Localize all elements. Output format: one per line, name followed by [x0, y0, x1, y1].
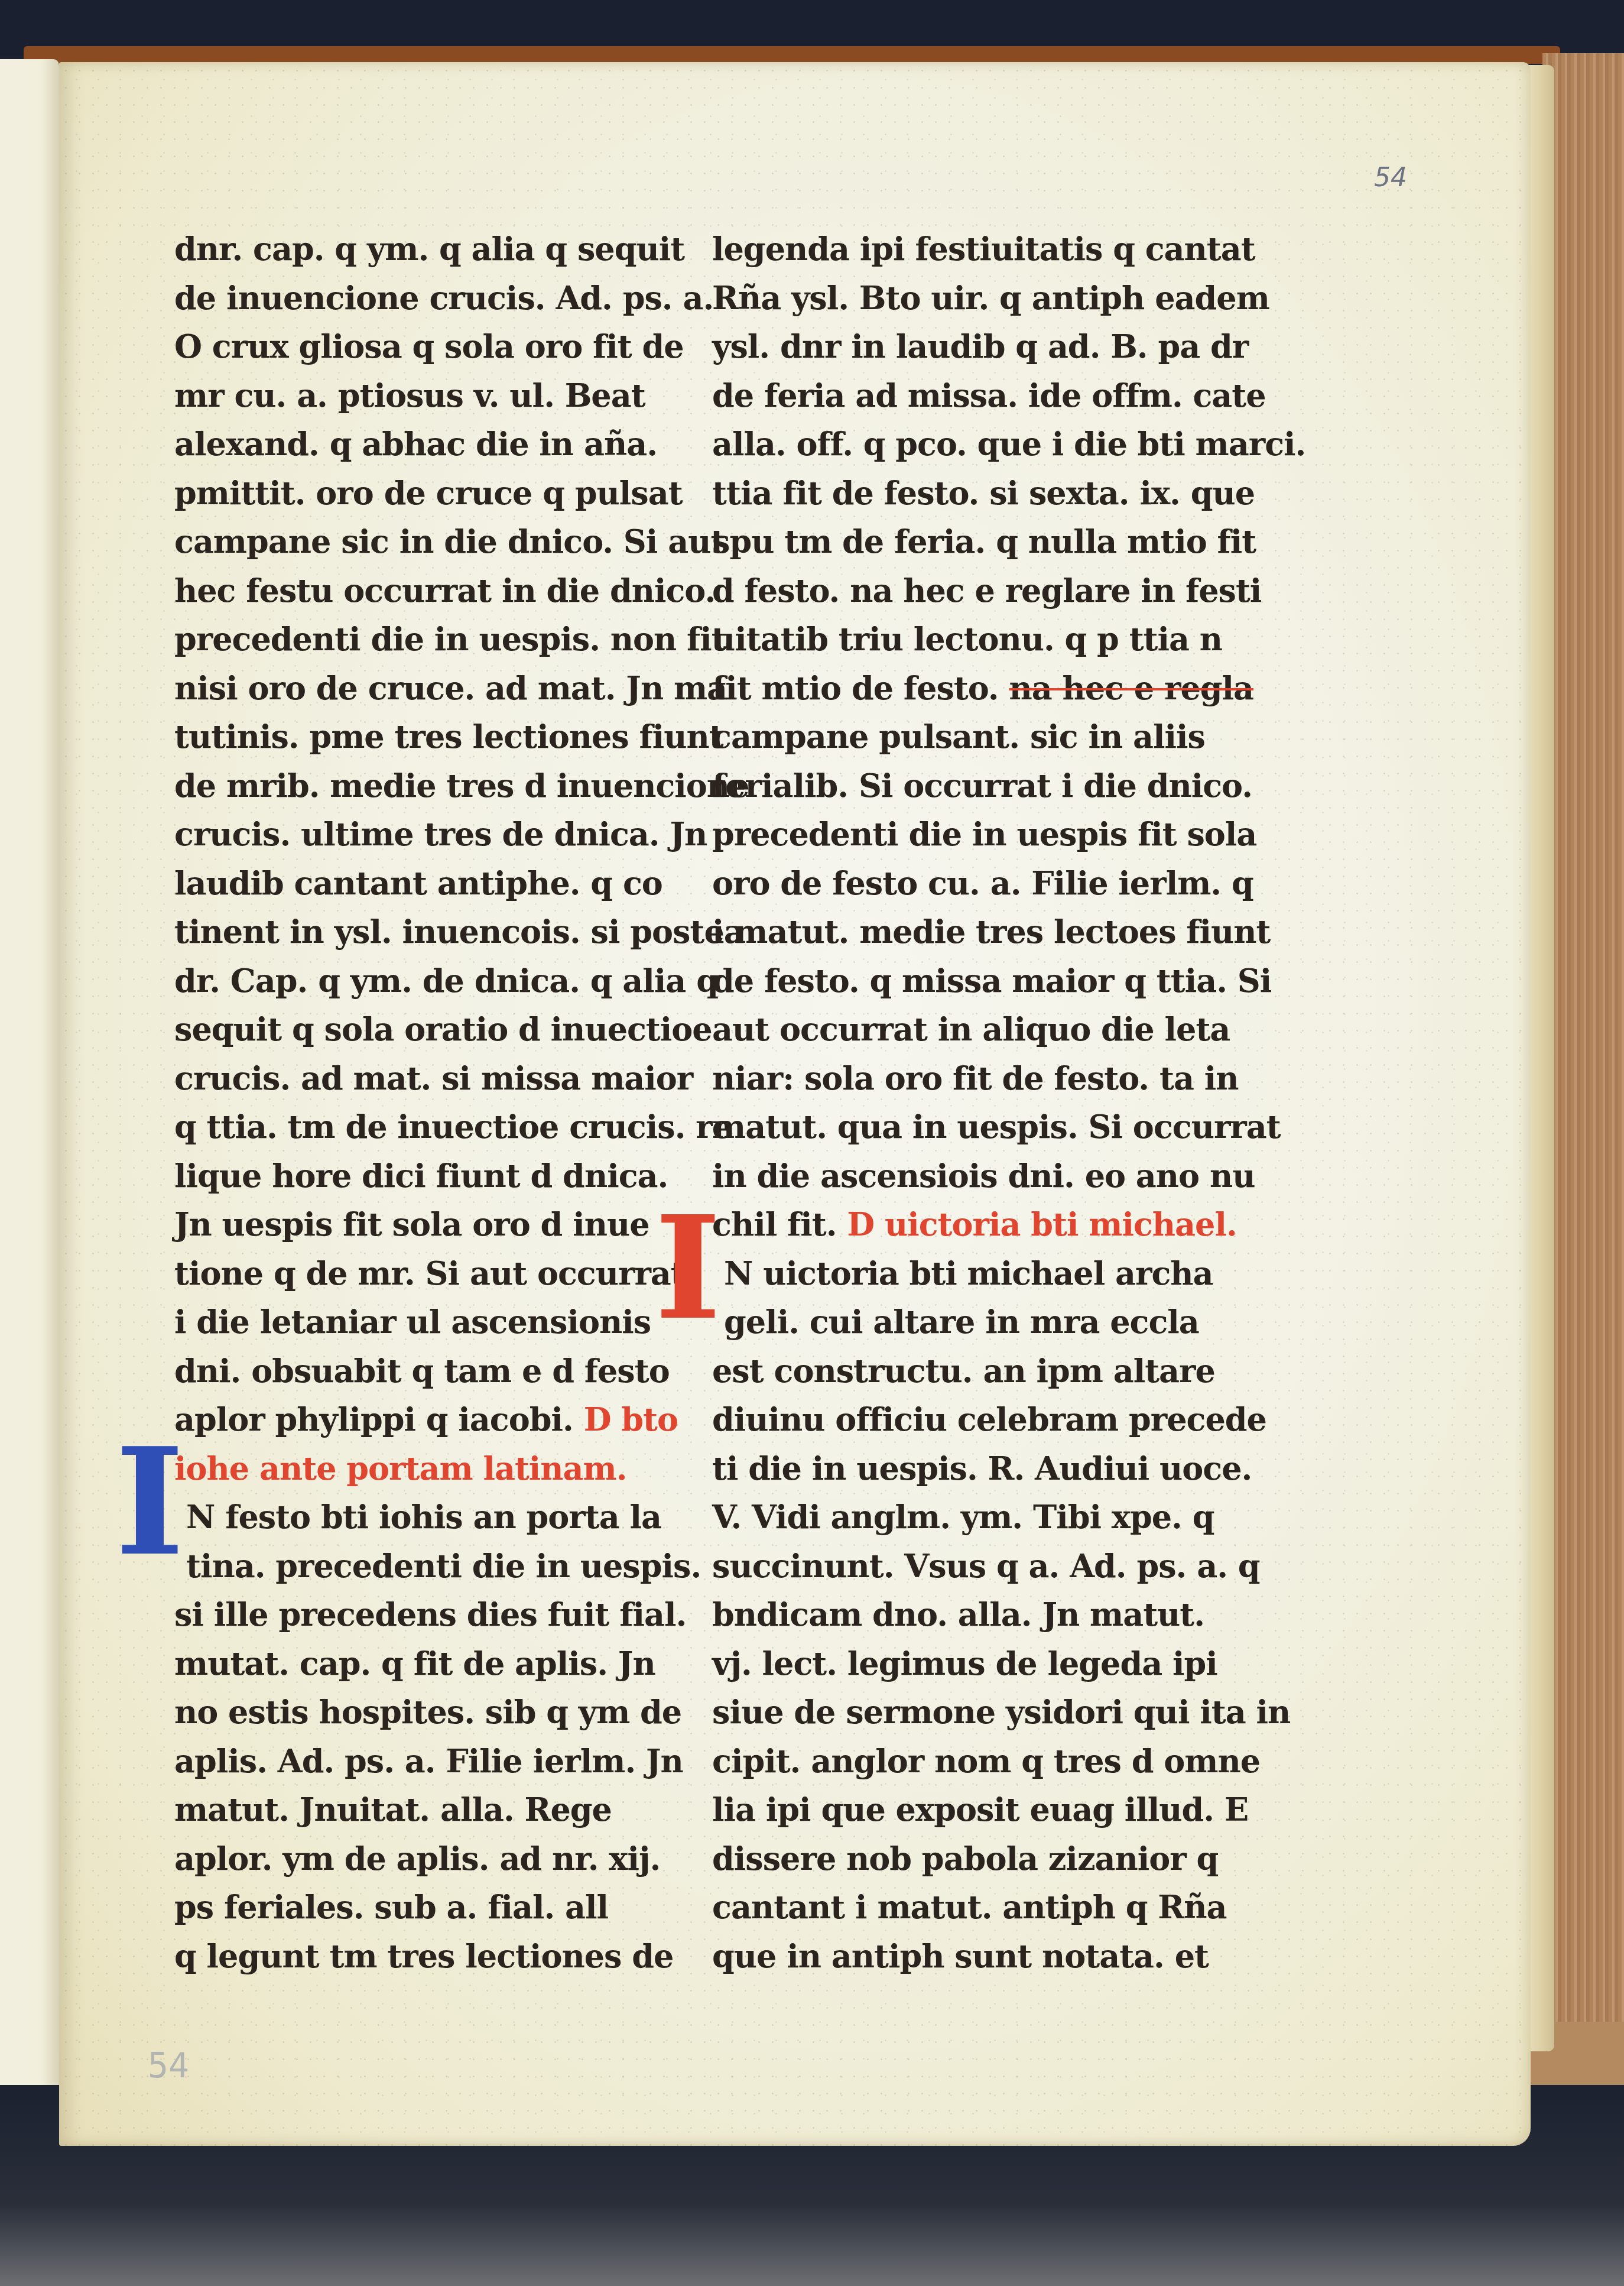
- text-line: mr cu. a. ptiosus v. ul. Beat: [174, 371, 635, 420]
- text-line: bndicam dno. alla. Jn matut.: [712, 1590, 1209, 1639]
- text-line: legenda ipi festiuitatis q cantat: [712, 225, 1209, 274]
- text-line: no estis hospites. sib q ym de: [174, 1688, 635, 1737]
- text-line: sequit q sola oratio d inuectioe: [174, 1005, 635, 1054]
- text-line: tutinis. pme tres lectiones fiunt: [174, 712, 635, 761]
- text-line: alexand. q abhac die in aña.: [174, 420, 635, 469]
- text-line: cantant i matut. antiph q Rña: [712, 1883, 1209, 1932]
- wooden-board: [1542, 53, 1624, 2063]
- text-line: oro de festo cu. a. Filie ierlm. q: [712, 859, 1209, 908]
- text-line-content: aplor phylippi q iacobi.: [174, 1400, 573, 1438]
- folio-number: 54: [1374, 163, 1407, 193]
- text-line: aut occurrat in aliquo die leta: [712, 1005, 1209, 1054]
- text-line: ysl. dnr in laudib q ad. B. pa dr: [712, 322, 1209, 371]
- text-line: campane pulsant. sic in aliis: [712, 712, 1209, 761]
- text-line: precedenti die in uespis fit sola: [712, 810, 1209, 859]
- stamp-number: 54: [148, 2045, 189, 2086]
- text-line: vj. lect. legimus de legeda ipi: [712, 1639, 1209, 1688]
- text-line: cipit. anglor nom q tres d omne: [712, 1737, 1209, 1786]
- text-line: ferialib. Si occurrat i die dnico.: [712, 761, 1209, 810]
- text-line: de inuencione crucis. Ad. ps. a.: [174, 274, 635, 323]
- text-line: dissere nob pabola zizanior q: [712, 1834, 1209, 1883]
- text-line: ti die in uespis. R. Audiui uoce.: [712, 1444, 1209, 1493]
- decorated-initial-red: I: [655, 1197, 721, 1339]
- text-line: dnr. cap. q ym. q alia q sequit: [174, 225, 635, 274]
- rubric-heading: iohe ante portam latinam.: [174, 1444, 635, 1493]
- text-line: precedenti die in uespis. non fit: [174, 615, 635, 664]
- text-line: pmittit. oro de cruce q pulsat: [174, 469, 635, 518]
- binding-cover-edge: [24, 46, 1560, 64]
- text-line: est constructu. an ipm altare: [712, 1347, 1209, 1396]
- text-line: fit mtio de festo. na hec e regla: [712, 664, 1209, 713]
- text-line: matut. Jnuitat. alla. Rege: [174, 1785, 635, 1834]
- text-line: de festo. q missa maior q ttia. Si: [712, 956, 1209, 1006]
- text-column-left: dnr. cap. q ym. q alia q sequit de inuen…: [174, 225, 635, 1980]
- struck-text: na hec e regla: [1009, 669, 1253, 707]
- text-line: campane sic in die dnico. Si aut: [174, 517, 635, 566]
- text-line: q legunt tm tres lectiones de: [174, 1932, 635, 1981]
- text-line: lia ipi que exposit euag illud. E: [712, 1785, 1209, 1834]
- text-line: ttia fit de festo. si sexta. ix. que: [712, 469, 1209, 518]
- text-line: mutat. cap. q fit de aplis. Jn: [174, 1639, 635, 1688]
- text-line: tinent in ysl. inuencois. si postea: [174, 907, 635, 956]
- text-line: V. Vidi anglm. ym. Tibi xpe. q: [712, 1493, 1209, 1542]
- text-line: siue de sermone ysidori qui ita in: [712, 1688, 1209, 1737]
- rubric-heading: D uictoria bti michael.: [847, 1205, 1236, 1243]
- text-line: niar: sola oro fit de festo. ta in: [712, 1054, 1209, 1103]
- text-line: aplor. ym de aplis. ad nr. xij.: [174, 1834, 635, 1883]
- text-line: hec festu occurrat in die dnico.: [174, 566, 635, 615]
- text-line: de mrib. medie tres d inuencione: [174, 761, 635, 810]
- text-line: tina. precedenti die in uespis.: [174, 1542, 635, 1591]
- text-line: aplor phylippi q iacobi. D bto: [174, 1395, 635, 1444]
- text-line: laudib cantant antiphe. q co: [174, 859, 635, 908]
- text-line: N uictoria bti michael archa: [712, 1249, 1209, 1298]
- text-line: geli. cui altare in mra eccla: [712, 1298, 1209, 1347]
- text-line: Jn uespis fit sola oro d inue: [174, 1200, 635, 1249]
- text-line: uitatib triu lectonu. q p ttia n: [712, 615, 1209, 664]
- text-line: que in antiph sunt notata. et: [712, 1932, 1209, 1981]
- text-line: nisi oro de cruce. ad mat. Jn ma: [174, 664, 635, 713]
- text-line: tione q de mr. Si aut occurrat: [174, 1249, 635, 1298]
- text-column-right: legenda ipi festiuitatis q cantat Rña ys…: [712, 225, 1209, 1980]
- text-line: Rña ysl. Bto uir. q antiph eadem: [712, 274, 1209, 323]
- text-line: i die letaniar ul ascensionis: [174, 1298, 635, 1347]
- text-line: in die ascensiois dni. eo ano nu: [712, 1152, 1209, 1201]
- text-line-content: chil fit.: [712, 1205, 836, 1243]
- text-line: si ille precedens dies fuit fial.: [174, 1590, 635, 1639]
- text-line: ps feriales. sub a. fial. all: [174, 1883, 635, 1932]
- text-line: d festo. na hec e reglare in festi: [712, 566, 1209, 615]
- text-line: lique hore dici fiunt d dnica.: [174, 1152, 635, 1201]
- text-line: O crux gliosa q sola oro fit de: [174, 322, 635, 371]
- text-line-content: fit mtio de festo.: [712, 669, 999, 707]
- text-line: dni. obsuabit q tam e d festo: [174, 1347, 635, 1396]
- text-line: q ttia. tm de inuectioe crucis. re: [174, 1103, 635, 1152]
- text-line: succinunt. Vsus q a. Ad. ps. a. q: [712, 1542, 1209, 1591]
- facing-page-edge: [0, 59, 59, 2140]
- text-line: chil fit. D uictoria bti michael.: [712, 1200, 1209, 1249]
- decorated-initial-blue: I: [115, 1428, 184, 1575]
- text-line: alla. off. q pco. que i die bti marci.: [712, 420, 1209, 469]
- text-line: aplis. Ad. ps. a. Filie ierlm. Jn: [174, 1737, 635, 1786]
- rubric-heading-start: D bto: [584, 1400, 678, 1438]
- text-line: spu tm de feria. q nulla mtio fit: [712, 517, 1209, 566]
- text-line: matut. qua in uespis. Si occurrat: [712, 1103, 1209, 1152]
- text-line: N festo bti iohis an porta la: [174, 1493, 635, 1542]
- text-line: diuinu officiu celebram precede: [712, 1395, 1209, 1444]
- text-line: crucis. ultime tres de dnica. Jn: [174, 810, 635, 859]
- text-line: dr. Cap. q ym. de dnica. q alia q: [174, 956, 635, 1006]
- text-line: i matut. medie tres lectoes fiunt: [712, 907, 1209, 956]
- text-line: crucis. ad mat. si missa maior: [174, 1054, 635, 1103]
- text-line: de feria ad missa. ide offm. cate: [712, 371, 1209, 420]
